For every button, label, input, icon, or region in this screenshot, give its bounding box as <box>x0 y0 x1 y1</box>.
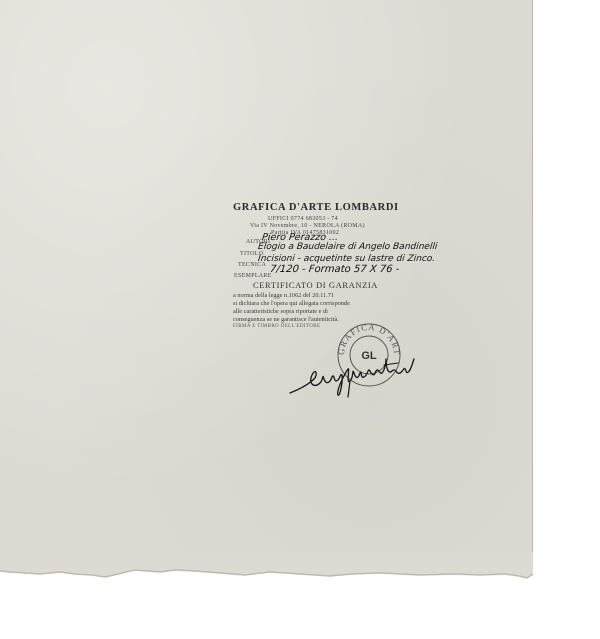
signature-caption: FIRMA E TIMBRO DELL'EDITORE <box>233 324 321 329</box>
field-value-tecnica: Incisioni - acquetinte su lastre di Zinc… <box>257 254 435 264</box>
address-line-street: Via IV Novembre, 10 - NEROLA (ROMA) <box>250 223 365 229</box>
legal-line-3: alle caratteristiche sopra riportate e d… <box>233 308 403 315</box>
field-label-esemplare: ESEMPLARE <box>234 273 272 279</box>
certificate-title: CERTIFICATO DI GARANZIA <box>253 280 378 290</box>
legal-line-1: a norma della legge n.1062 del 20.11.71 <box>233 292 403 299</box>
field-value-titolo: Elogio a Baudelaire di Angelo Bandinelli <box>257 242 437 252</box>
address-line-phone: UFFICI 0774 683053 - 74 <box>268 216 338 222</box>
publisher-signature: Lombardi <box>288 345 423 400</box>
legal-line-2: si dichiara che l'opera qui allegata cor… <box>233 300 403 307</box>
field-value-esemplare: 7/120 - Formato 57 X 76 - <box>269 264 399 275</box>
publisher-name: GRAFICA D'ARTE LOMBARDI <box>233 202 399 213</box>
deckle-edge <box>0 552 533 582</box>
